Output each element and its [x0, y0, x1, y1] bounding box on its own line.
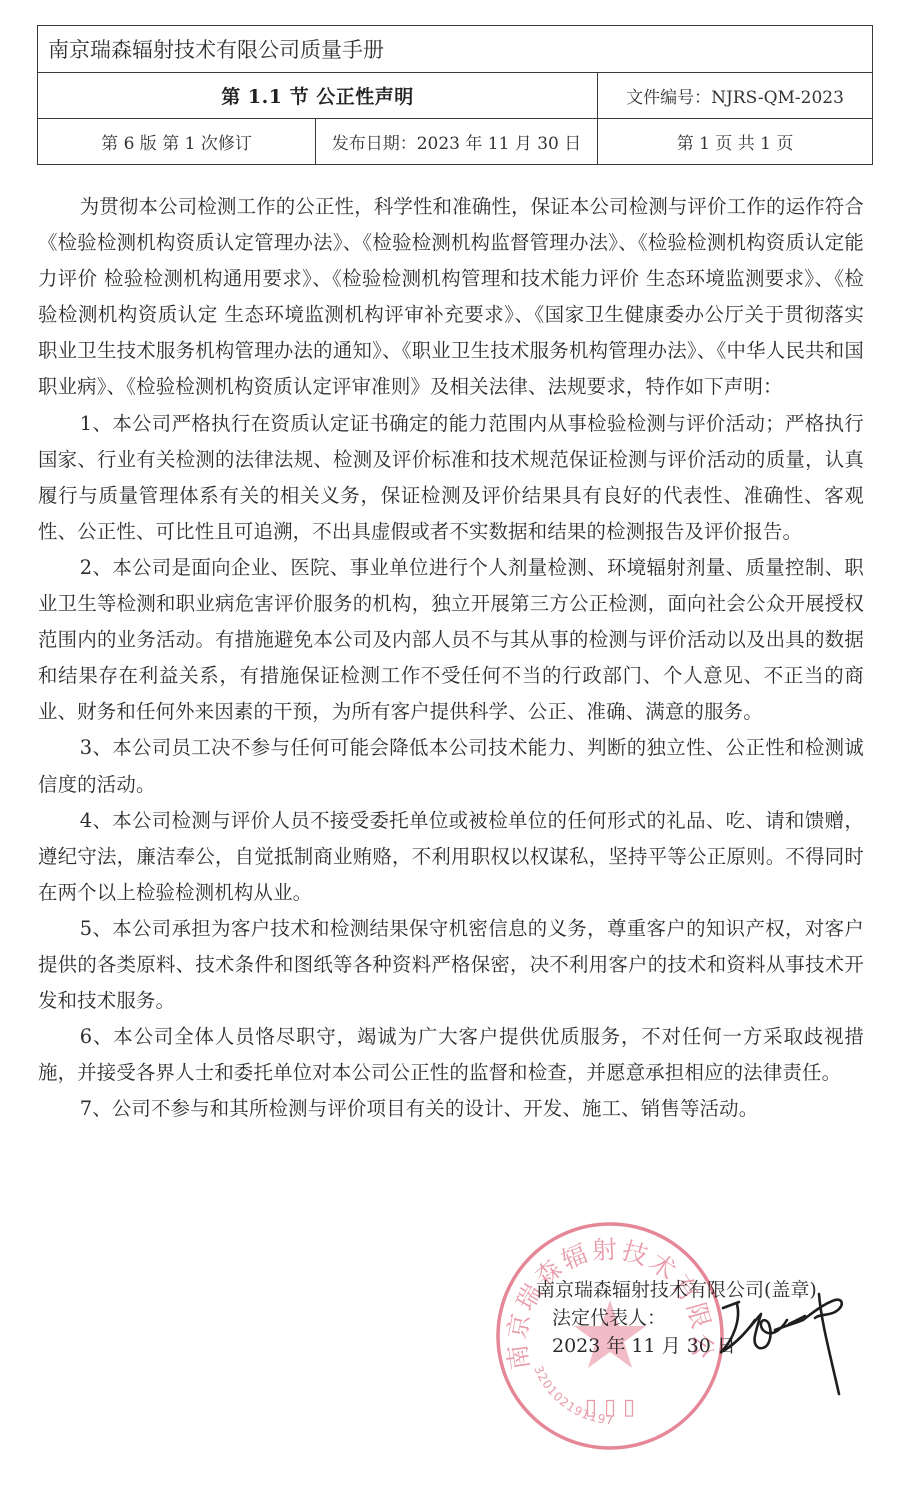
- page-info: 第 1 页 共 1 页: [598, 119, 873, 165]
- clause-7: 7、公司不参与和其所检测与评价项目有关的设计、开发、施工、销售等活动。: [38, 1091, 864, 1127]
- clause-1: 1、本公司严格执行在资质认定证书确定的能力范围内从事检验检测与评价活动；严格执行…: [38, 406, 864, 550]
- statement-body: 为贯彻本公司检测工作的公正性，科学性和准确性，保证本公司检测与评价工作的运作符合…: [38, 189, 864, 1127]
- clause-6: 6、本公司全体人员恪尽职守，竭诚为广大客户提供优质服务，不对任何一方采取歧视措施…: [38, 1019, 864, 1091]
- clause-5: 5、本公司承担为客户技术和检测结果保守机密信息的义务，尊重客户的知识产权，对客户…: [38, 911, 864, 1019]
- company-manual-title: 南京瑞森辐射技术有限公司质量手册: [38, 26, 873, 73]
- file-number: 文件编号：NJRS-QM-2023: [598, 73, 873, 119]
- intro-paragraph: 为贯彻本公司检测工作的公正性，科学性和准确性，保证本公司检测与评价工作的运作符合…: [38, 189, 864, 406]
- handwritten-signature-icon: [715, 1290, 865, 1400]
- svg-text:▯ ▯ ▯: ▯ ▯ ▯: [585, 1395, 635, 1420]
- document-header-table: 南京瑞森辐射技术有限公司质量手册 第 1.1 节 公正性声明 文件编号：NJRS…: [37, 25, 873, 165]
- section-title: 第 1.1 节 公正性声明: [38, 73, 598, 119]
- clause-4: 4、本公司检测与评价人员不接受委托单位或被检单位的任何形式的礼品、吃、请和馈赠，…: [38, 803, 864, 911]
- release-date: 发布日期：2023 年 11 月 30 日: [316, 119, 598, 165]
- version-info: 第 6 版 第 1 次修订: [38, 119, 316, 165]
- clause-2: 2、本公司是面向企业、医院、事业单位进行个人剂量检测、环境辐射剂量、质量控制、职…: [38, 550, 864, 730]
- clause-3: 3、本公司员工决不参与任何可能会降低本公司技术能力、判断的独立性、公正性和检测诚…: [38, 730, 864, 802]
